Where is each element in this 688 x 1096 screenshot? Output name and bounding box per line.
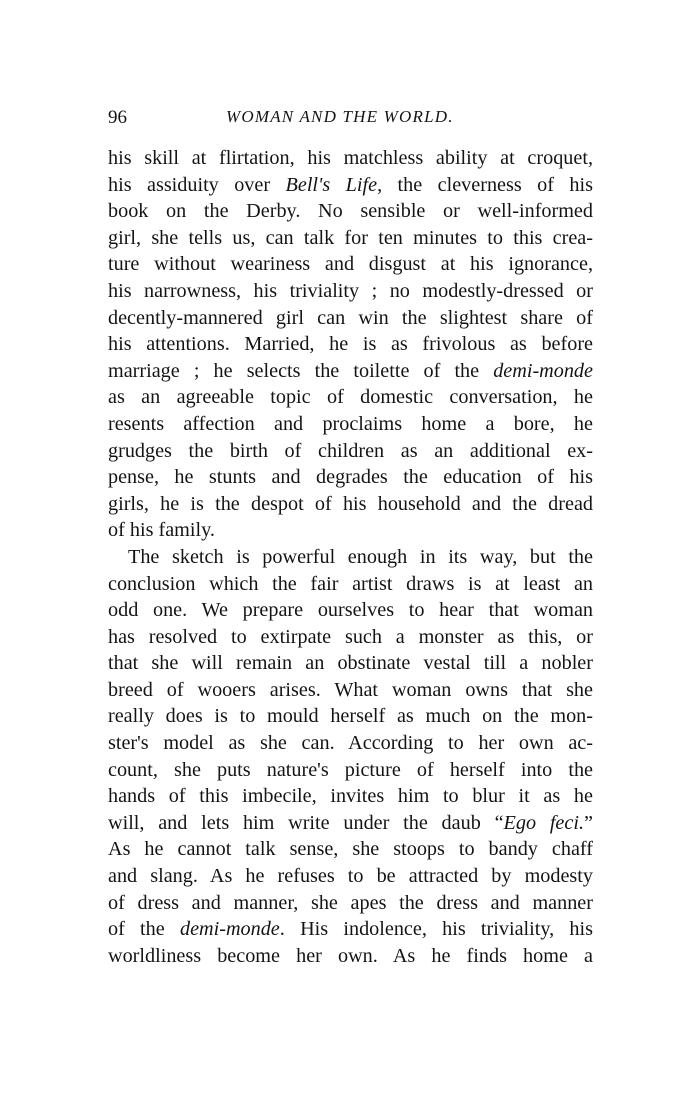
text-segment: ster's model as she can. According to he…: [108, 732, 593, 754]
text-segment: grudges the birth of children as an addi…: [108, 440, 593, 462]
text-line: his narrowness, his triviality ; no mode…: [108, 278, 593, 305]
text-line: has resolved to extirpate such a monster…: [108, 624, 593, 651]
italic-text: demi-monde: [493, 360, 593, 382]
text-line: The sketch is powerful enough in its way…: [108, 544, 593, 571]
text-segment: his assiduity over: [108, 174, 286, 196]
text-segment: girl, she tells us, can talk for ten min…: [108, 227, 593, 249]
text-segment: of the: [108, 918, 180, 940]
text-segment: conclusion which the fair artist draws i…: [108, 573, 593, 595]
text-line: worldliness become her own. As he finds …: [108, 943, 593, 970]
text-segment: book on the Derby. No sensible or well-i…: [108, 200, 593, 222]
text-line: his attentions. Married, he is as frivol…: [108, 331, 593, 358]
text-line: girls, he is the despot of his household…: [108, 491, 593, 518]
text-line: ture without weariness and disgust at hi…: [108, 251, 593, 278]
text-segment: odd one. We prepare ourselves to hear th…: [108, 599, 593, 621]
text-line: ster's model as she can. According to he…: [108, 730, 593, 757]
running-head: 96 WOMAN AND THE WORLD.: [108, 103, 593, 133]
text-line: decently-mannered girl can win the sligh…: [108, 305, 593, 332]
text-line: pense, he stunts and degrades the educat…: [108, 464, 593, 491]
paragraph: his skill at flirtation, his matchless a…: [108, 145, 593, 544]
text-line: of the demi-monde. His indolence, his tr…: [108, 916, 593, 943]
text-line: his skill at flirtation, his matchless a…: [108, 145, 593, 172]
body-text: his skill at flirtation, his matchless a…: [108, 145, 593, 969]
text-line: As he cannot talk sense, she stoops to b…: [108, 836, 593, 863]
text-line: hands of this imbecile, invites him to b…: [108, 783, 593, 810]
text-segment: ”: [584, 812, 593, 834]
text-segment: . His indolence, his triviality, his: [280, 918, 593, 940]
text-segment: really does is to mould herself as much …: [108, 705, 593, 727]
text-segment: resents affection and proclaims home a b…: [108, 413, 593, 435]
text-segment: will, and lets him write under the daub …: [108, 812, 504, 834]
text-line: will, and lets him write under the daub …: [108, 810, 593, 837]
running-title: WOMAN AND THE WORLD.: [226, 107, 454, 127]
text-segment: of his family.: [108, 519, 215, 541]
text-segment: his narrowness, his triviality ; no mode…: [108, 280, 593, 302]
text-line: really does is to mould herself as much …: [108, 703, 593, 730]
text-segment: as an agreeable topic of domestic conver…: [108, 386, 593, 408]
text-segment: worldliness become her own. As he finds …: [108, 945, 593, 967]
text-segment: The sketch is powerful enough in its way…: [128, 546, 593, 568]
text-segment: decently-mannered girl can win the sligh…: [108, 307, 593, 329]
text-segment: , the cleverness of his: [377, 174, 593, 196]
text-line: of dress and manner, she apes the dress …: [108, 890, 593, 917]
text-line: and slang. As he refuses to be attracted…: [108, 863, 593, 890]
text-segment: ture without weariness and disgust at hi…: [108, 253, 593, 275]
text-segment: As he cannot talk sense, she stoops to b…: [108, 838, 593, 860]
text-segment: count, she puts nature's picture of hers…: [108, 759, 593, 781]
text-segment: hands of this imbecile, invites him to b…: [108, 785, 593, 807]
text-line: marriage ; he selects the toilette of th…: [108, 358, 593, 385]
italic-text: demi-monde: [180, 918, 280, 940]
text-segment: pense, he stunts and degrades the educat…: [108, 466, 593, 488]
text-line: resents affection and proclaims home a b…: [108, 411, 593, 438]
italic-text: Bell's Life: [286, 174, 378, 196]
text-segment: breed of wooers arises. What woman owns …: [108, 679, 593, 701]
text-segment: marriage ; he selects the toilette of th…: [108, 360, 493, 382]
text-segment: and slang. As he refuses to be attracted…: [108, 865, 593, 887]
text-segment: girls, he is the despot of his household…: [108, 493, 593, 515]
text-segment: that she will remain an obstinate vestal…: [108, 652, 593, 674]
text-line: that she will remain an obstinate vestal…: [108, 650, 593, 677]
text-segment: his attentions. Married, he is as frivol…: [108, 333, 593, 355]
italic-text: Ego feci.: [504, 812, 584, 834]
text-segment: his skill at flirtation, his matchless a…: [108, 147, 593, 169]
page-number: 96: [108, 107, 127, 129]
text-line: conclusion which the fair artist draws i…: [108, 571, 593, 598]
paragraph: The sketch is powerful enough in its way…: [108, 544, 593, 970]
text-line: girl, she tells us, can talk for ten min…: [108, 225, 593, 252]
book-page: 96 WOMAN AND THE WORLD. his skill at fli…: [108, 103, 593, 969]
text-line: breed of wooers arises. What woman owns …: [108, 677, 593, 704]
text-line: of his family.: [108, 517, 593, 544]
text-line: book on the Derby. No sensible or well-i…: [108, 198, 593, 225]
text-segment: has resolved to extirpate such a monster…: [108, 626, 593, 648]
text-line: grudges the birth of children as an addi…: [108, 438, 593, 465]
text-line: odd one. We prepare ourselves to hear th…: [108, 597, 593, 624]
text-line: his assiduity over Bell's Life, the clev…: [108, 172, 593, 199]
text-line: count, she puts nature's picture of hers…: [108, 757, 593, 784]
text-segment: of dress and manner, she apes the dress …: [108, 892, 593, 914]
text-line: as an agreeable topic of domestic conver…: [108, 384, 593, 411]
